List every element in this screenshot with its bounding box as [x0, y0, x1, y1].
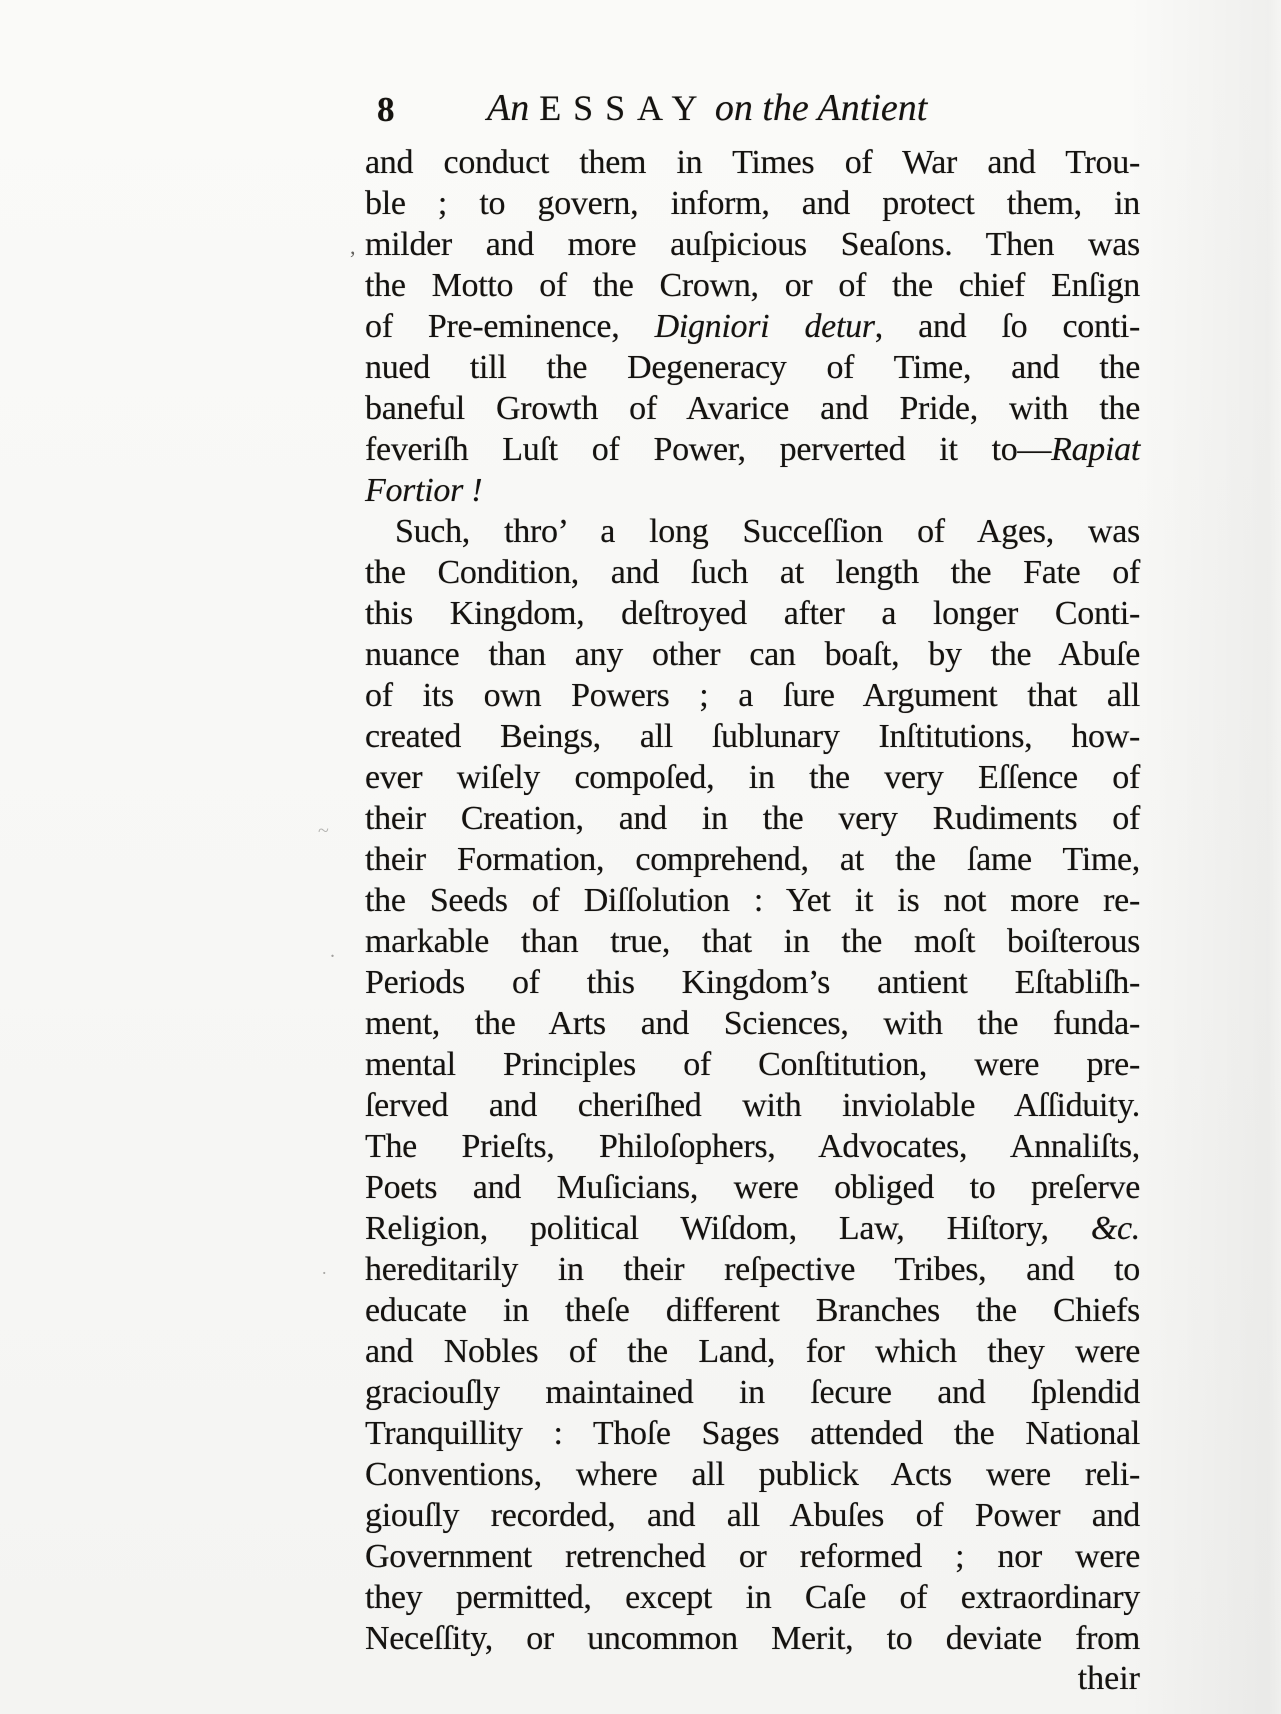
text-line: the Seeds of Diſſolution : Yet it is not…	[365, 880, 1140, 921]
text-line: of its own Powers ; a ſure Argument that…	[365, 675, 1140, 716]
text-line: nuance than any other can boaſt, by the …	[365, 634, 1140, 675]
text-line: ſerved and cheriſhed with inviolable Aſſ…	[365, 1085, 1140, 1126]
text-line: milder and more auſpicious Seaſons. Then…	[365, 224, 1140, 265]
text-line: Poets and Muſicians, were obliged to pre…	[365, 1167, 1140, 1208]
text-line: feveriſh Luſt of Power, perverted it to—…	[365, 429, 1140, 470]
scan-noise-mark: .	[330, 940, 335, 963]
scan-noise-mark: .	[322, 1258, 327, 1279]
text-line: Fortior !	[365, 470, 1140, 511]
header-title-prefix: An	[487, 87, 529, 129]
text-line: the Condition, and ſuch at length the Fa…	[365, 552, 1140, 593]
text-line: ble ; to govern, inform, and protect the…	[365, 183, 1140, 224]
running-header: 8 AnESSAYon the Antient	[365, 86, 1145, 132]
text-line: Such, thro’ a long Succeſſion of Ages, w…	[365, 511, 1140, 552]
text-line: educate in theſe different Branches the …	[365, 1290, 1140, 1331]
text-line: markable than true, that in the moſt boi…	[365, 921, 1140, 962]
catchword-row: their	[365, 1660, 1140, 1698]
text-line: ever wiſely compoſed, in the very Eſſenc…	[365, 757, 1140, 798]
text-line: their Formation, comprehend, at the ſame…	[365, 839, 1140, 880]
text-line: Government retrenched or reformed ; nor …	[365, 1536, 1140, 1577]
page-number: 8	[377, 90, 395, 130]
book-page: 8 AnESSAYon the Antient and conduct them…	[0, 0, 1281, 1714]
text-line: giouſly recorded, and all Abuſes of Powe…	[365, 1495, 1140, 1536]
text-line: nued till the Degeneracy of Time, and th…	[365, 347, 1140, 388]
body-text: and conduct them in Times of War and Tro…	[365, 142, 1140, 1659]
text-line: and Nobles of the Land, for which they w…	[365, 1331, 1140, 1372]
text-line: Religion, political Wiſdom, Law, Hiſtory…	[365, 1208, 1140, 1249]
scan-noise-mark: ~	[318, 820, 329, 843]
header-title-main: ESSAY	[539, 88, 709, 128]
text-line: their Creation, and in the very Rudiment…	[365, 798, 1140, 839]
text-line: this Kingdom, deſtroyed after a longer C…	[365, 593, 1140, 634]
text-line: Tranquillity : Thoſe Sages attended the …	[365, 1413, 1140, 1454]
text-line: graciouſly maintained in ſecure and ſple…	[365, 1372, 1140, 1413]
text-line: of Pre-eminence, Digniori detur, and ſo …	[365, 306, 1140, 347]
text-line: they permitted, except in Caſe of extrao…	[365, 1577, 1140, 1618]
text-line: mental Principles of Conſtitution, were …	[365, 1044, 1140, 1085]
scan-noise-mark: ,	[350, 234, 356, 260]
text-line: hereditarily in their reſpective Tribes,…	[365, 1249, 1140, 1290]
text-line: Conventions, where all publick Acts were…	[365, 1454, 1140, 1495]
header-title-suffix: on the Antient	[715, 87, 928, 129]
text-line: ment, the Arts and Sciences, with the fu…	[365, 1003, 1140, 1044]
text-line: The Prieſts, Philoſophers, Advocates, An…	[365, 1126, 1140, 1167]
text-line: Neceſſity, or uncommon Merit, to deviate…	[365, 1618, 1140, 1659]
text-line: created Beings, all ſublunary Inſtitutio…	[365, 716, 1140, 757]
text-line: and conduct them in Times of War and Tro…	[365, 142, 1140, 183]
header-title: AnESSAYon the Antient	[487, 86, 927, 130]
text-line: baneful Growth of Avarice and Pride, wit…	[365, 388, 1140, 429]
catchword: their	[1078, 1660, 1140, 1697]
text-line: the Motto of the Crown, or of the chief …	[365, 265, 1140, 306]
text-line: Periods of this Kingdom’s antient Eſtabl…	[365, 962, 1140, 1003]
